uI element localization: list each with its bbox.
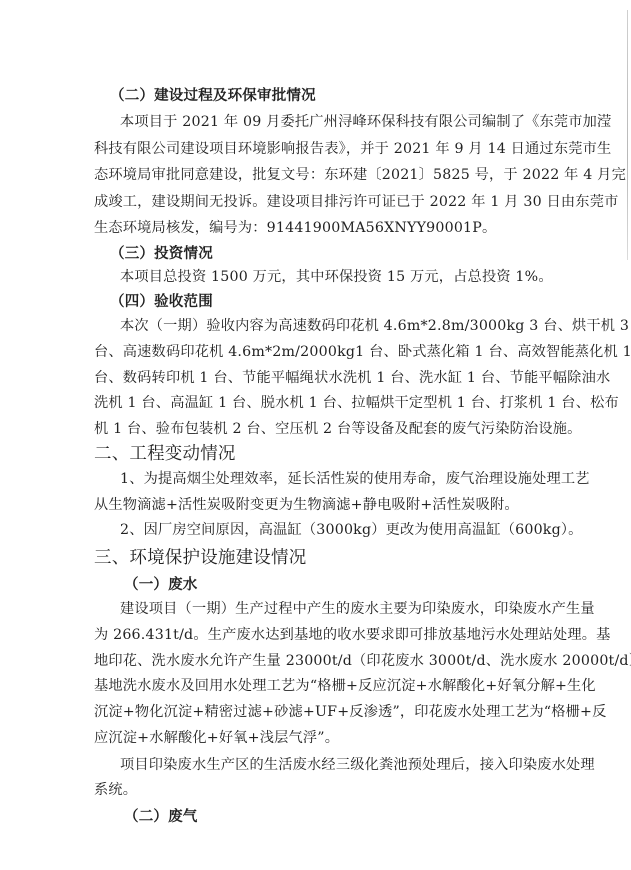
paragraph-line: 应沉淀+水解酸化+好氧+浅层气浮”。 xyxy=(94,727,339,747)
paragraph-line: 本次（一期）验收内容为高速数码印花机 4.6m*2.8m/3000kg 3 台、… xyxy=(120,315,629,335)
heading-acceptance-scope: （四）验收范围 xyxy=(110,290,213,311)
paragraph-line: 生态环境局核发，编号为：91441900MA56XNYY90001P。 xyxy=(94,217,496,237)
paragraph-line: 台、数码转印机 1 台、节能平幅绳状水洗机 1 台、洗水缸 1 台、节能平幅除油… xyxy=(94,367,610,387)
paragraph-line: 洗机 1 台、高温缸 1 台、脱水机 1 台、拉幅烘干定型机 1 台、打浆机 1… xyxy=(94,392,619,412)
heading-engineering-changes: 二、工程变动情况 xyxy=(94,440,236,465)
paragraph-line: 成竣工，建设期间无投诉。建设项目排污许可证已于 2022 年 1 月 30 日由… xyxy=(94,191,618,211)
paragraph-line: 本项目总投资 1500 万元，其中环保投资 15 万元，占总投资 1%。 xyxy=(120,266,553,286)
heading-wastewater: （一）废水 xyxy=(124,573,198,594)
paragraph-line: 基地洗水废水及回用水处理工艺为“格栅+反应沉淀+水解酸化+好氧分解+生化 xyxy=(94,675,596,695)
paragraph-line: 2、因厂房空间原因，高温缸（3000kg）更改为使用高温缸（600kg）。 xyxy=(120,519,583,539)
paragraph-line: 为 266.431t/d。生产废水达到基地的收水要求即可排放基地污水处理站处理。… xyxy=(94,624,611,644)
heading-investment: （三）投资情况 xyxy=(110,242,213,263)
paragraph-line: 从生物滴滤+活性炭吸附变更为生物滴滤+静电吸附+活性炭吸附。 xyxy=(94,494,519,514)
paragraph-line: 态环境局审批同意建设，批复文号：东环建〔2021〕5825 号，于 2022 年… xyxy=(94,164,626,184)
paragraph-line: 1、为提高烟尘处理效率，延长活性炭的使用寿命，废气治理设施处理工艺 xyxy=(120,468,590,488)
paragraph-line: 建设项目（一期）生产过程中产生的废水主要为印染废水，印染废水产生量 xyxy=(120,598,595,618)
heading-env-protection: 三、环境保护设施建设情况 xyxy=(94,544,306,569)
paragraph-line: 项目印染废水生产区的生活废水经三级化粪池预处理后，接入印染废水处理 xyxy=(120,754,595,774)
document-page: （二）建设过程及环保审批情况 本项目于 2021 年 09 月委托广州浔峰环保科… xyxy=(0,0,631,870)
paragraph-line: 沉淀+物化沉淀+精密过滤+砂滤+UF+反渗透”，印花废水处理工艺为“格栅+反 xyxy=(94,701,607,721)
paragraph-line: 地印花、洗水废水允许产生量 23000t/d（印花废水 3000t/d、洗水废水… xyxy=(94,650,631,670)
paragraph-line: 系统。 xyxy=(94,779,137,799)
paragraph-line: 台、高速数码印花机 4.6m*2m/2000kg1 台、卧式蒸化箱 1 台、高效… xyxy=(94,341,631,361)
paragraph-line: 科技有限公司建设项目环境影响报告表》，并于 2021 年 9 月 14 日通过东… xyxy=(94,138,611,158)
heading-construction-process: （二）建设过程及环保审批情况 xyxy=(110,84,316,105)
paragraph-line: 机 1 台、验布包装机 2 台、空压机 2 台等设备及配套的废气污染防治设施。 xyxy=(94,418,582,438)
scan-edge-line xyxy=(627,10,628,260)
heading-waste-gas: （二）废气 xyxy=(124,805,198,826)
paragraph-line: 本项目于 2021 年 09 月委托广州浔峰环保科技有限公司编制了《东莞市加滢 xyxy=(120,111,611,131)
